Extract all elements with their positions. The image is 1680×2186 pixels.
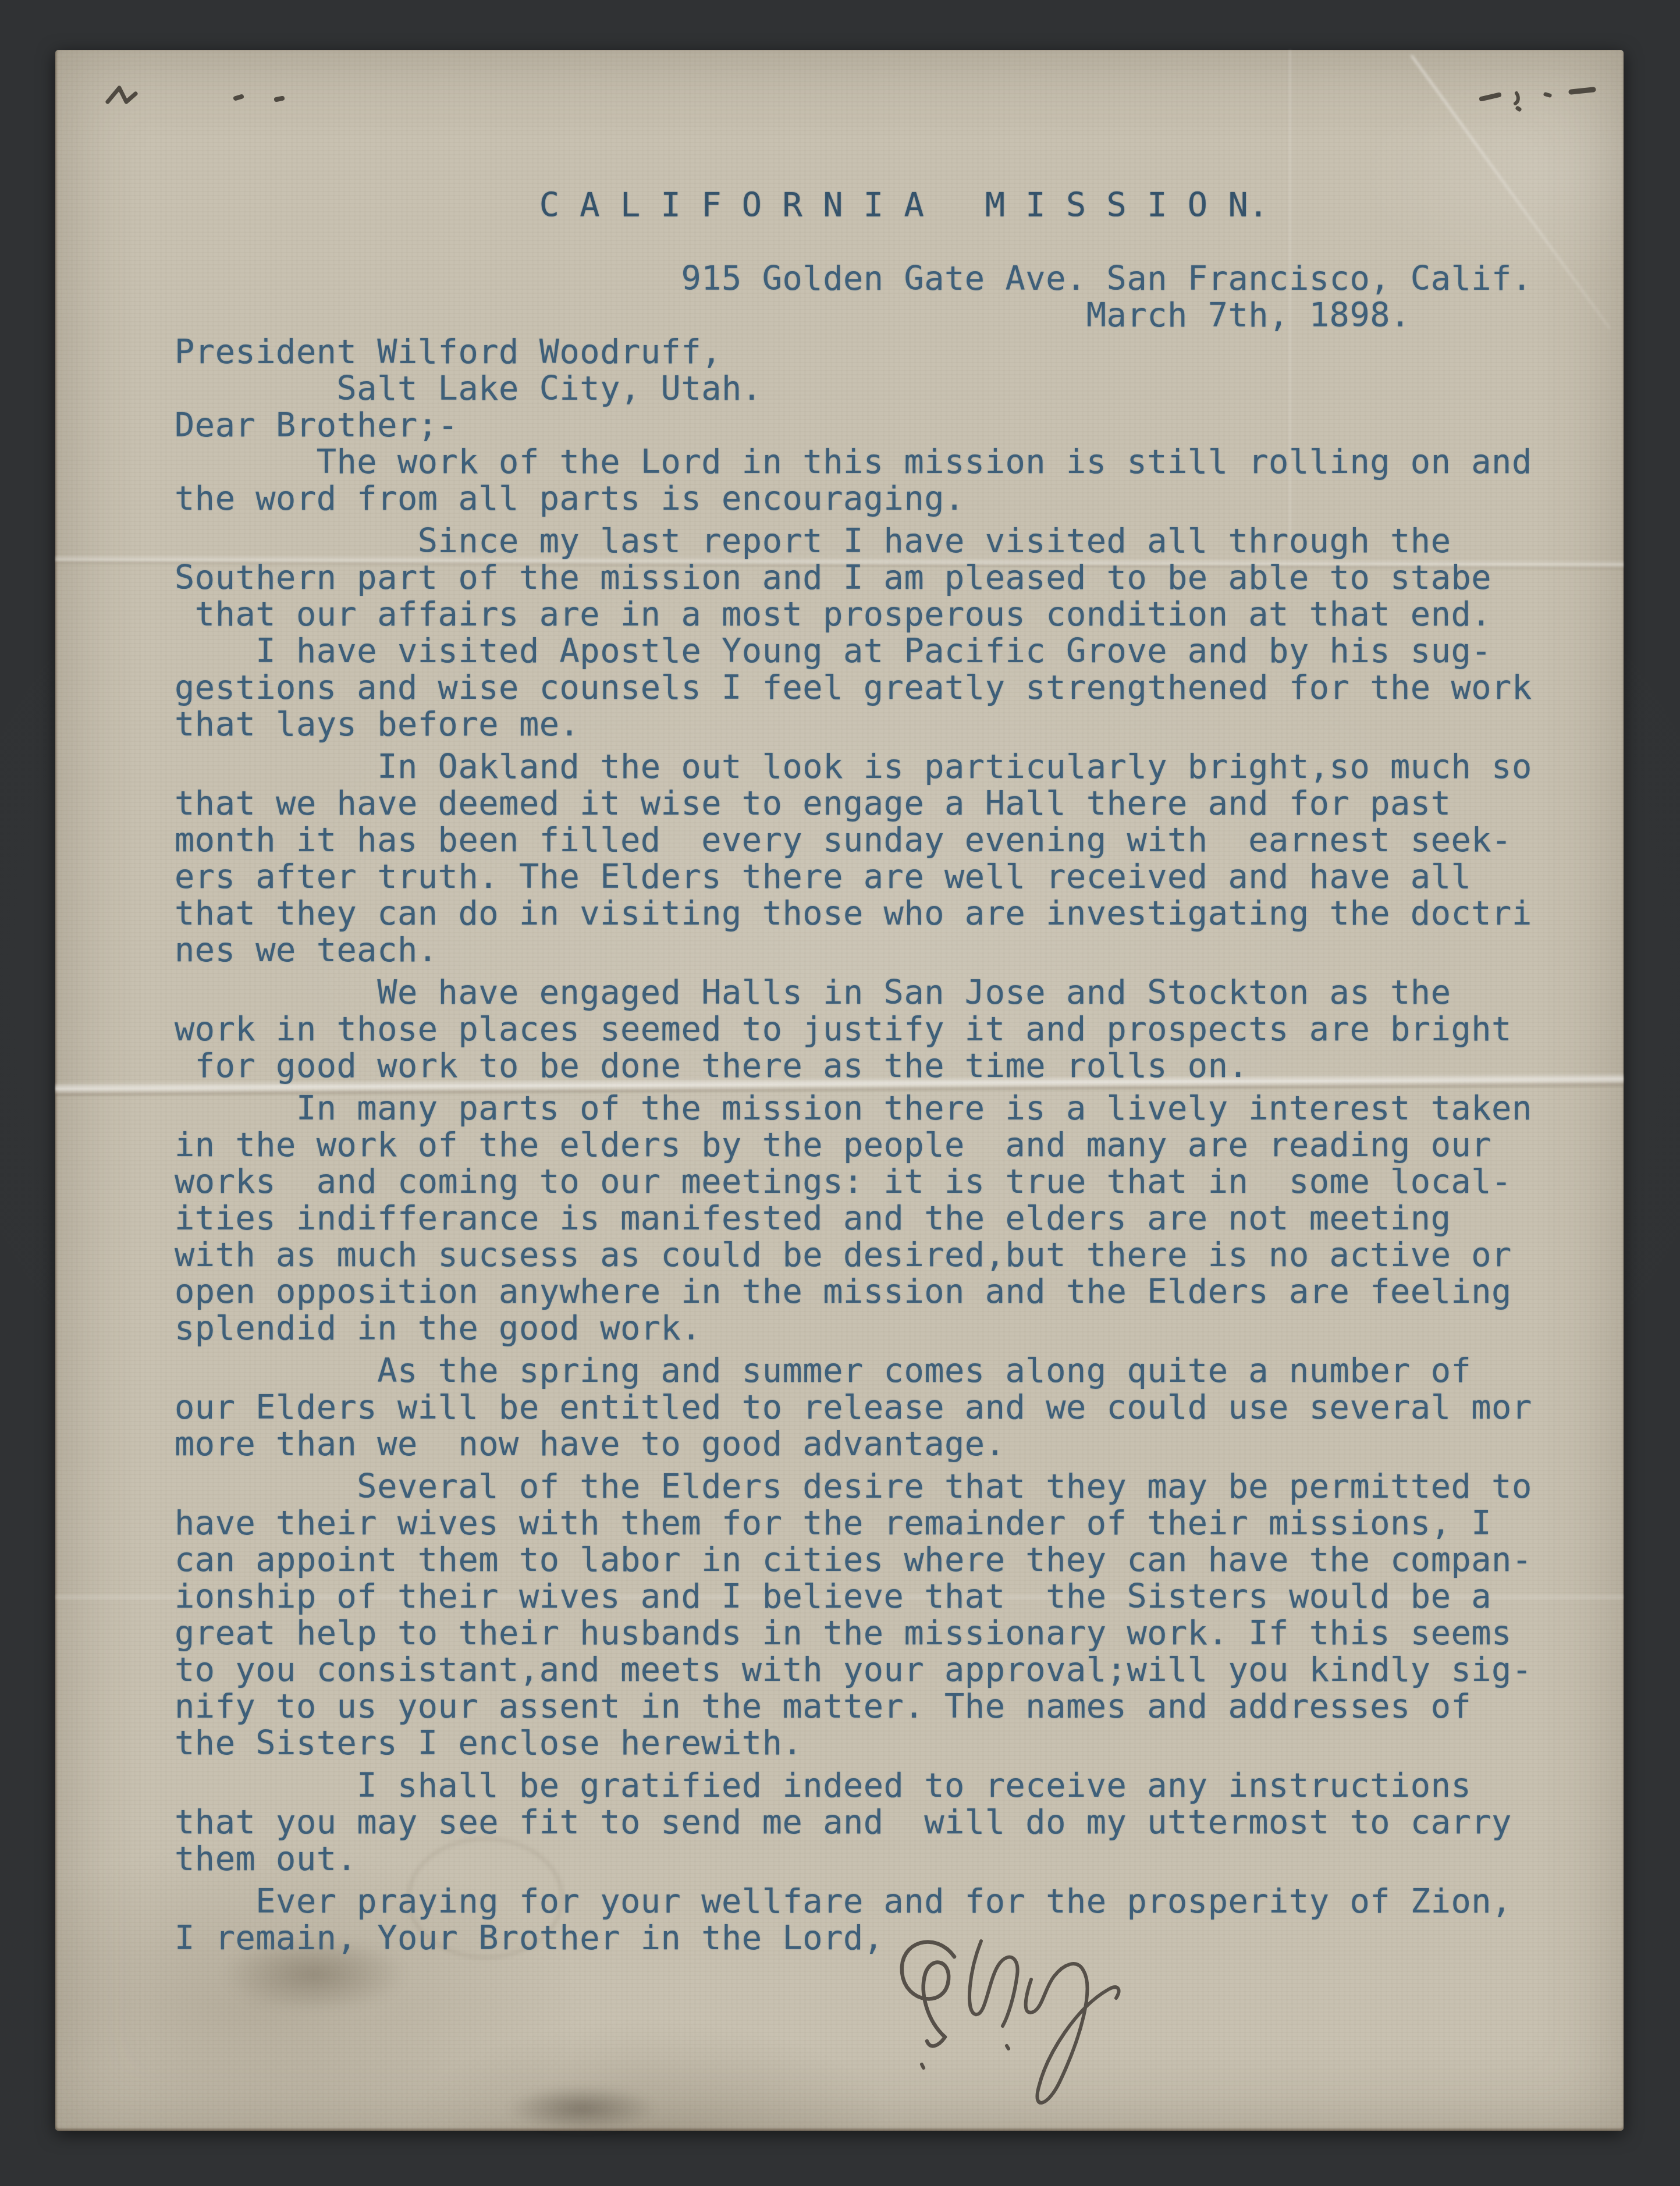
letter-line: more than we now have to good advantage. xyxy=(175,1426,1589,1463)
scan-background: C A L I F O R N I A M I S S I O N. 915 G… xyxy=(0,0,1680,2186)
recipient-city-line: Salt Lake City, Utah. xyxy=(175,371,1589,407)
letter-line: In Oakland the out look is particularly … xyxy=(175,749,1589,785)
letter-line: that lays before me. xyxy=(175,706,1589,743)
ink-mark-top-right xyxy=(1478,84,1606,114)
letter-line: month it has been filled every sunday ev… xyxy=(175,822,1589,859)
letter-line: ities indifferance is manifested and the… xyxy=(175,1200,1589,1237)
letter-line: We have engaged Halls in San Jose and St… xyxy=(175,975,1589,1011)
letter-line: in the work of the elders by the people … xyxy=(175,1127,1589,1164)
letter-line: open opposition anywhere in the mission … xyxy=(175,1274,1589,1310)
letter-line: the word from all parts is encouraging. xyxy=(175,481,1589,517)
letter-line: Since my last report I have visited all … xyxy=(175,523,1589,560)
letter-line: that they can do in visiting those who a… xyxy=(175,895,1589,932)
salutation: Dear Brother;- xyxy=(175,407,1589,444)
letter-line: for good work to be done there as the ti… xyxy=(175,1048,1589,1085)
ink-mark-top-left xyxy=(102,76,294,113)
letter-line: ionship of their wives and I believe tha… xyxy=(175,1579,1589,1615)
date-line: March 7th, 1898. xyxy=(175,297,1589,334)
letter-line: works and coming to our meetings: it is … xyxy=(175,1164,1589,1200)
letter-line: I have visited Apostle Young at Pacific … xyxy=(175,633,1589,670)
letter-page: C A L I F O R N I A M I S S I O N. 915 G… xyxy=(55,50,1624,2131)
letter-line: I shall be gratified indeed to receive a… xyxy=(175,1768,1589,1804)
letter-line: have their wives with them for the remai… xyxy=(175,1505,1589,1542)
letter-line: ers after truth. The Elders there are we… xyxy=(175,859,1589,895)
letter-line: In many parts of the mission there is a … xyxy=(175,1090,1589,1127)
letter-line: The work of the Lord in this mission is … xyxy=(175,444,1589,481)
letter-line: can appoint them to labor in cities wher… xyxy=(175,1542,1589,1579)
letter-line: that we have deemed it wise to engage a … xyxy=(175,785,1589,822)
letter-line: Southern part of the mission and I am pl… xyxy=(175,560,1589,596)
letter-line: great help to their husbands in the miss… xyxy=(175,1615,1589,1652)
letter-line: gestions and wise counsels I feel greatl… xyxy=(175,670,1589,706)
letter-line: that our affairs are in a most prosperou… xyxy=(175,596,1589,633)
letter-line: As the spring and summer comes along qui… xyxy=(175,1353,1589,1389)
letter-line: Several of the Elders desire that they m… xyxy=(175,1469,1589,1505)
letter-line: nify to us your assent in the matter. Th… xyxy=(175,1689,1589,1725)
letter-line: them out. xyxy=(175,1841,1589,1878)
letter-line: nes we teach. xyxy=(175,932,1589,969)
letter-line: work in those places seemed to justify i… xyxy=(175,1011,1589,1048)
letter-line: that you may see fit to send me and will… xyxy=(175,1804,1589,1841)
letter-line: splendid in the good work. xyxy=(175,1310,1589,1347)
letter-line: the Sisters I enclose herewith. xyxy=(175,1725,1589,1762)
letter-line: our Elders will be entitled to release a… xyxy=(175,1389,1589,1426)
letterhead-title: C A L I F O R N I A M I S S I O N. xyxy=(175,187,1589,224)
letter-line: with as much sucsess as could be desired… xyxy=(175,1237,1589,1274)
signature-eh-nye xyxy=(867,1901,1123,2117)
sender-address-line: 915 Golden Gate Ave. San Francisco, Cali… xyxy=(175,261,1589,297)
recipient-name-line: President Wilford Woodruff, xyxy=(175,334,1589,371)
dark-smudge-bottom-edge xyxy=(506,2085,658,2132)
letter-body: The work of the Lord in this mission is … xyxy=(175,444,1589,1957)
letter-text: C A L I F O R N I A M I S S I O N. 915 G… xyxy=(175,187,1589,1957)
letter-line: to you consistant,and meets with your ap… xyxy=(175,1652,1589,1689)
